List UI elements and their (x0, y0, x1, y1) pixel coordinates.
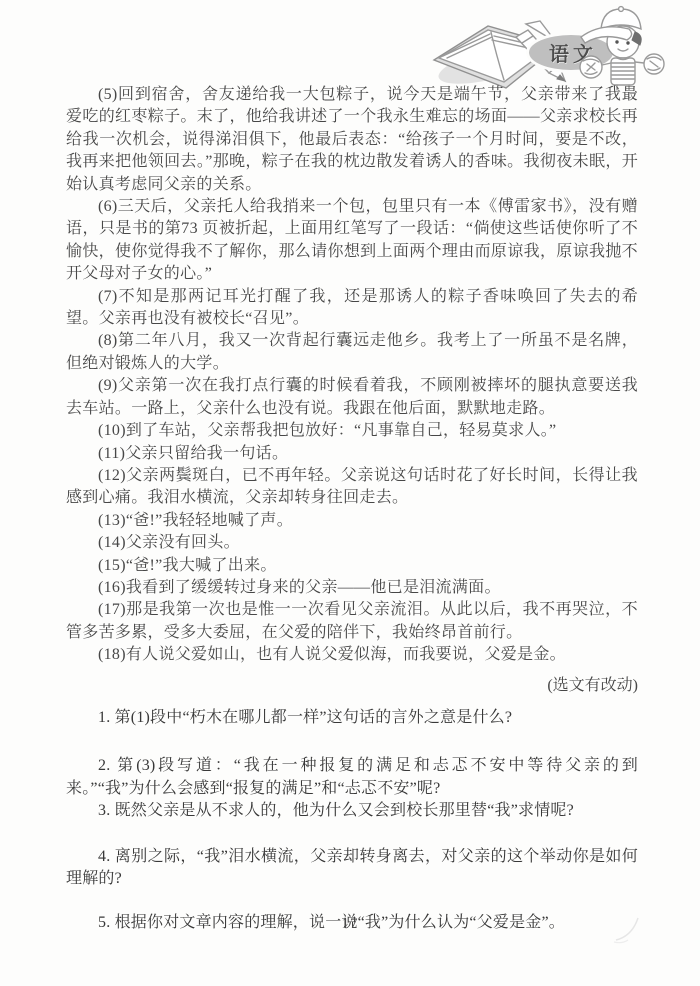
passage-paragraph: (15)“爸!”我大喊了出来。 (66, 555, 638, 577)
question-item: 2. 第(3)段写道：“我在一种报复的满足和忐忑不安中等待父亲的到来。”“我”为… (66, 755, 638, 800)
passage-paragraph: (13)“爸!”我轻轻地喊了声。 (66, 510, 638, 532)
attribution-note: (选文有改动) (66, 675, 638, 697)
passage-paragraph: (14)父亲没有回头。 (66, 532, 638, 554)
passage-paragraph: (5)回到宿舍，舍友递给我一大包粽子，说今天是端午节，父亲带来了我最爱吃的红枣粽… (66, 84, 638, 196)
cartoon-boy-icon (573, 2, 675, 94)
passage-paragraph: (7)不知是那两记耳光打醒了我，还是那诱人的粽子香味唤回了失去的希望。父亲再也没… (66, 286, 638, 331)
passage-paragraph: (10)到了车站，父亲帮我把包放好：“凡事靠自己，轻易莫求人。” (66, 420, 638, 442)
passage-paragraph: (17)那是我第一次也是惟一一次看见父亲流泪。从此以后，我不再哭泣，不管多苦多累… (66, 599, 638, 644)
passage-paragraph: (11)父亲只留给我一句话。 (66, 443, 638, 465)
page-number: 17 (342, 916, 359, 932)
passage-paragraph: (12)父亲两鬓斑白，已不再年轻。父亲说这句话时花了好长时间，长得让我感到心痛。… (66, 465, 638, 510)
passage-paragraph: (16)我看到了缓缓转过身来的父亲——他已是泪流满面。 (66, 577, 638, 599)
passage-paragraph: (8)第二年八月，我又一次背起行囊远走他乡。我考上了一所虽不是名牌，但绝对锻炼人… (66, 330, 638, 375)
passage-paragraph: (6)三天后，父亲托人给我捎来一个包，包里只有一本《傅雷家书》，没有赠语，只是书… (66, 196, 638, 286)
question-item: 4. 离别之际，“我”泪水横流，父亲却转身离去，对父亲的这个举动你是如何理解的? (66, 846, 638, 891)
passage-paragraph: (18)有人说父爱如山，也有人说父爱似海，而我要说，父爱是金。 (66, 644, 638, 666)
question-item: 3. 既然父亲是从不求人的，他为什么又会到校长那里替“我”求情呢? (66, 800, 638, 822)
question-item: 1. 第(1)段中“朽木在哪儿都一样”这句话的言外之意是什么? (66, 707, 638, 729)
passage-paragraph: (9)父亲第一次在我打点行囊的时候看着我，不顾刚被摔坏的腿执意要送我去车站。一路… (66, 375, 638, 420)
textbook-page: 语文 (5)回到宿舍，舍友递给我一大包粽子，说今天是端午节，父亲带来了我最爱吃的… (0, 0, 700, 986)
page-footer: 17 (0, 915, 700, 933)
passage-and-questions: (5)回到宿舍，舍友递给我一大包粽子，说今天是端午节，父亲带来了我最爱吃的红枣粽… (66, 84, 638, 935)
